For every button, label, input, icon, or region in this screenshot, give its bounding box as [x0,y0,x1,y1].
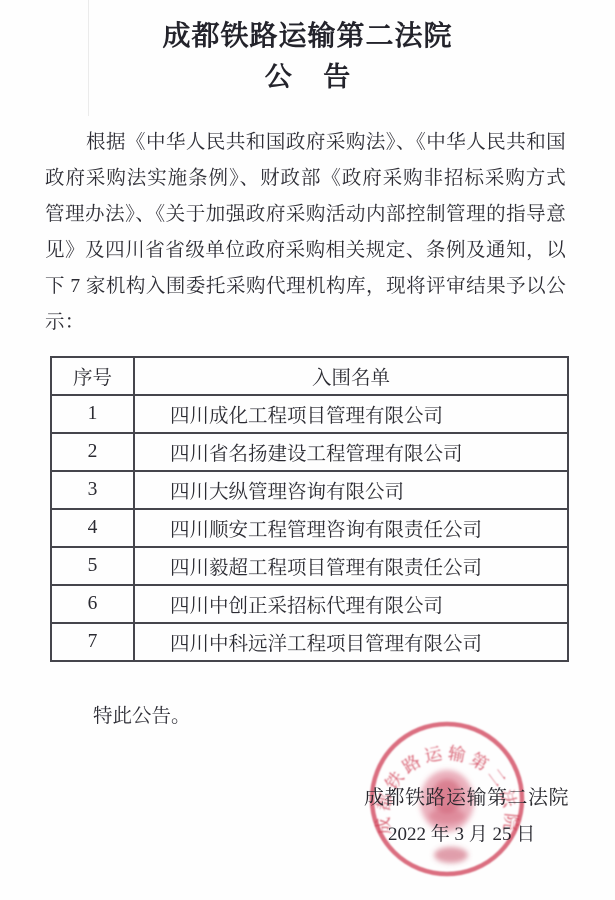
row-no: 3 [51,471,134,509]
table-row: 4 四川顺安工程管理咨询有限责任公司 [51,509,568,547]
row-name: 四川顺安工程管理咨询有限责任公司 [134,509,568,547]
row-name: 四川大纵管理咨询有限公司 [134,471,568,509]
announcement-body: 根据《中华人民共和国政府采购法》、《中华人民共和国政府采购法实施条例》、财政部《… [45,125,566,341]
row-no: 4 [51,509,134,547]
row-no: 5 [51,547,134,585]
page-subtitle: 公 告 [0,55,615,94]
row-no: 2 [51,433,134,471]
closing-statement: 特此公告。 [93,700,191,728]
table-header-row: 序号 入围名单 [51,357,568,395]
table-row: 5 四川毅超工程项目管理有限责任公司 [51,547,568,585]
table-body: 1 四川成化工程项目管理有限公司 2 四川省名扬建设工程管理有限公司 3 四川大… [51,395,568,661]
column-header-no: 序号 [51,357,134,395]
issuer-signature: 成都铁路运输第二法院 [364,781,574,810]
table-row: 6 四川中创正采招标代理有限公司 [51,585,568,623]
row-name: 四川中创正采招标代理有限公司 [134,585,568,623]
row-name: 四川省名扬建设工程管理有限公司 [134,433,568,471]
column-header-name: 入围名单 [134,357,568,395]
row-name: 四川中科远洋工程项目管理有限公司 [134,623,568,661]
shortlist-table: 序号 入围名单 1 四川成化工程项目管理有限公司 2 四川省名扬建设工程管理有限… [50,356,569,662]
row-no: 7 [51,623,134,661]
table-row: 2 四川省名扬建设工程管理有限公司 [51,433,568,471]
announcement-page: 成都铁路运输第二法院 公 告 根据《中华人民共和国政府采购法》、《中华人民共和国… [0,0,615,900]
table-row: 1 四川成化工程项目管理有限公司 [51,395,568,433]
row-name: 四川毅超工程项目管理有限责任公司 [134,547,568,585]
page-title: 成都铁路运输第二法院 [0,14,615,54]
row-no: 6 [51,585,134,623]
row-name: 四川成化工程项目管理有限公司 [134,395,568,433]
table-row: 7 四川中科远洋工程项目管理有限公司 [51,623,568,661]
issue-date: 2022 年 3 月 25 日 [388,819,568,846]
table-row: 3 四川大纵管理咨询有限公司 [51,471,568,509]
row-no: 1 [51,395,134,433]
